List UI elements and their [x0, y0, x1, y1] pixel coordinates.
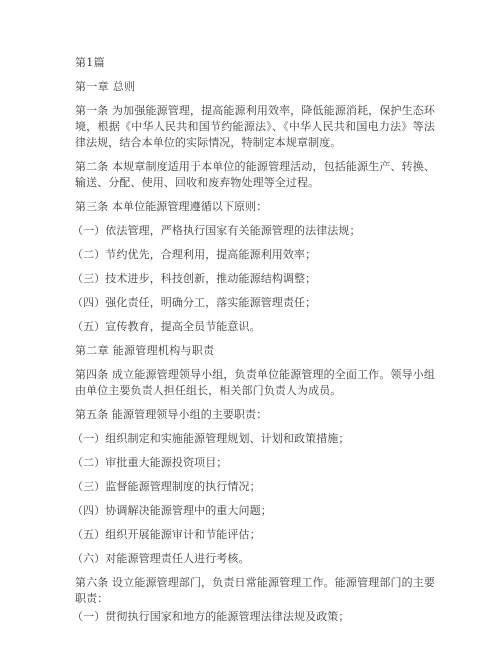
principle-item: （五）宣传教育，提高全员节能意识。: [72, 319, 435, 335]
leadership-duty-item: （六）对能源管理责任人进行考核。: [72, 551, 435, 567]
document-body: 第1篇 第一章 总则 第一条 为加强能源管理，提高能源利用效率，降低能源消耗，保…: [75, 55, 435, 633]
chapter-2-title: 第二章 能源管理机构与职责: [75, 343, 435, 359]
department-duty-item: （一）贯彻执行国家和地方的能源管理法律法规及政策；: [72, 609, 435, 625]
document-page: 第1篇 第一章 总则 第一条 为加强能源管理，提高能源利用效率，降低能源消耗，保…: [0, 0, 502, 649]
principle-item: （三）技术进步，科技创新，推动能源结构调整；: [72, 271, 435, 287]
principle-item: （一）依法管理，严格执行国家有关能源管理的法律法规；: [72, 223, 435, 239]
leadership-duty-item: （四）协调解决能源管理中的重大问题；: [72, 503, 435, 519]
article-6: 第六条 设立能源管理部门，负责日常能源管理工作。能源管理部门的主要职责：: [75, 575, 435, 607]
article-3: 第三条 本单位能源管理遵循以下原则：: [75, 199, 435, 215]
leadership-duty-item: （三）监督能源管理制度的执行情况；: [72, 479, 435, 495]
principle-item: （四）强化责任，明确分工，落实能源管理责任；: [72, 295, 435, 311]
article-1: 第一条 为加强能源管理，提高能源利用效率，降低能源消耗，保护生态环境，根据《中华…: [75, 103, 435, 151]
article-2: 第二条 本规章制度适用于本单位的能源管理活动，包括能源生产、转换、输送、分配、使…: [75, 159, 435, 191]
part-title: 第1篇: [75, 55, 435, 71]
chapter-1-title: 第一章 总则: [75, 79, 435, 95]
principle-item: （二）节约优先，合理利用，提高能源利用效率；: [72, 247, 435, 263]
leadership-duty-item: （二）审批重大能源投资项目；: [72, 455, 435, 471]
leadership-duty-item: （五）组织开展能源审计和节能评估；: [72, 527, 435, 543]
article-5: 第五条 能源管理领导小组的主要职责：: [75, 407, 435, 423]
leadership-duty-item: （一）组织制定和实施能源管理规划、计划和政策措施；: [72, 431, 435, 447]
article-4: 第四条 成立能源管理领导小组，负责单位能源管理的全面工作。领导小组由单位主要负责…: [75, 367, 435, 399]
